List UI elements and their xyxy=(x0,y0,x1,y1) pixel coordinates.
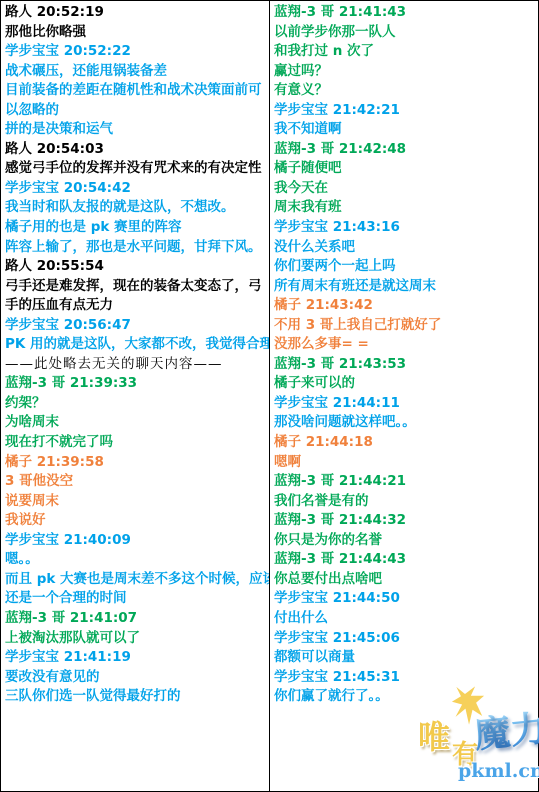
chat-line: 你们要两个一起上吗 xyxy=(274,257,538,277)
chat-line: 不用 3 哥上我自己打就好了 xyxy=(274,316,538,336)
chat-line: 学步宝宝 21:44:11 xyxy=(274,394,538,414)
chat-line: 还是一个合理的时间 xyxy=(5,589,269,609)
chat-line: 约架？ xyxy=(5,394,269,414)
chat-line: 而且 pk 大赛也是周末差不多这个时候，应该 xyxy=(5,570,269,590)
chat-line: 学步宝宝 21:43:16 xyxy=(274,218,538,238)
chat-line: 赢过吗？ xyxy=(274,62,538,82)
chat-line: 和我打过 n 次了 xyxy=(274,42,538,62)
chat-line: 阵容上输了，那也是水平问题，甘拜下风。 xyxy=(5,238,269,258)
chat-line: 蓝翔-3 哥 21:43:53 xyxy=(274,355,538,375)
chat-line: 以忽略的 xyxy=(5,101,269,121)
chat-line: 那他比你略强 xyxy=(5,23,269,43)
chat-line: 橘子 21:39:58 xyxy=(5,453,269,473)
chat-line: 战术碾压，还能甩锅装备差 xyxy=(5,62,269,82)
chat-line: 3 哥他没空 xyxy=(5,472,269,492)
chat-column-right: 蓝翔-3 哥 21:41:43以前学步你那一队人和我打过 n 次了赢过吗？有意义… xyxy=(270,1,538,791)
chat-line: 学步宝宝 20:56:47 xyxy=(5,316,269,336)
chat-column-left: 路人 20:52:19那他比你略强学步宝宝 20:52:22战术碾压，还能甩锅装… xyxy=(1,1,270,791)
chat-line: 路人 20:55:54 xyxy=(5,257,269,277)
chat-line: 手的压血有点无力 xyxy=(5,296,269,316)
chat-line: 现在打不就完了吗 xyxy=(5,433,269,453)
chat-line: 周末我有班 xyxy=(274,198,538,218)
chat-line: ——此处略去无关的聊天内容—— xyxy=(5,355,269,375)
chat-line: 学步宝宝 21:41:19 xyxy=(5,648,269,668)
chat-line: 学步宝宝 21:45:31 xyxy=(274,668,538,688)
chat-line: 以前学步你那一队人 xyxy=(274,23,538,43)
chat-line: 橘子用的也是 pk 赛里的阵容 xyxy=(5,218,269,238)
chat-line: 都额可以商量 xyxy=(274,648,538,668)
chat-line: 所有周末有班还是就这周末 xyxy=(274,277,538,297)
chat-line: 我说好 xyxy=(5,511,269,531)
chat-line: 说要周末 xyxy=(5,492,269,512)
chat-line: 拼的是决策和运气 xyxy=(5,120,269,140)
chat-line: 有意义？ xyxy=(274,81,538,101)
chat-line: 嗯。。 xyxy=(5,550,269,570)
chat-line: 我今天在 xyxy=(274,179,538,199)
chat-line: 蓝翔-3 哥 21:42:48 xyxy=(274,140,538,160)
chat-line: 橘子随便吧 xyxy=(274,159,538,179)
chat-line: 学步宝宝 20:52:22 xyxy=(5,42,269,62)
chat-line: 橘子 21:43:42 xyxy=(274,296,538,316)
chat-line: 我不知道啊 xyxy=(274,120,538,140)
chat-line: 学步宝宝 20:54:42 xyxy=(5,179,269,199)
chat-line: 学步宝宝 21:45:06 xyxy=(274,629,538,649)
chat-transcript-table: 路人 20:52:19那他比你略强学步宝宝 20:52:22战术碾压，还能甩锅装… xyxy=(0,0,539,792)
chat-line: 付出什么 xyxy=(274,609,538,629)
chat-line: 学步宝宝 21:44:50 xyxy=(274,589,538,609)
chat-line: 我当时和队友报的就是这队，不想改。 xyxy=(5,198,269,218)
chat-line: 嗯啊 xyxy=(274,453,538,473)
chat-line: 路人 20:52:19 xyxy=(5,3,269,23)
chat-line: 你只是为你的名誉 xyxy=(274,531,538,551)
chat-line: 蓝翔-3 哥 21:41:43 xyxy=(274,3,538,23)
chat-line: 你总要付出点啥吧 xyxy=(274,570,538,590)
chat-line: 没那么多事= = xyxy=(274,335,538,355)
chat-line: 学步宝宝 21:42:21 xyxy=(274,101,538,121)
chat-line: 蓝翔-3 哥 21:44:21 xyxy=(274,472,538,492)
chat-line: 蓝翔-3 哥 21:44:32 xyxy=(274,511,538,531)
chat-line: 橘子来可以的 xyxy=(274,374,538,394)
chat-line: 没什么关系吧 xyxy=(274,238,538,258)
chat-line: 蓝翔-3 哥 21:41:07 xyxy=(5,609,269,629)
chat-line: 目前装备的差距在随机性和战术决策面前可 xyxy=(5,81,269,101)
chat-line: PK 用的就是这队，大家都不改，我觉得合理 xyxy=(5,335,269,355)
chat-line: 感觉弓手位的发挥并没有咒术来的有决定性 xyxy=(5,159,269,179)
chat-line: 要改没有意见的 xyxy=(5,668,269,688)
chat-line: 我们名誉是有的 xyxy=(274,492,538,512)
chat-line: 那没啥问题就这样吧。。 xyxy=(274,413,538,433)
chat-line: 弓手还是难发挥，现在的装备太变态了，弓 xyxy=(5,277,269,297)
chat-line: 学步宝宝 21:40:09 xyxy=(5,531,269,551)
chat-line: 蓝翔-3 哥 21:39:33 xyxy=(5,374,269,394)
chat-line: 橘子 21:44:18 xyxy=(274,433,538,453)
chat-line: 蓝翔-3 哥 21:44:43 xyxy=(274,550,538,570)
chat-line: 路人 20:54:03 xyxy=(5,140,269,160)
chat-line: 为啥周末 xyxy=(5,413,269,433)
chat-line: 你们赢了就行了。。 xyxy=(274,687,538,707)
chat-line: 三队你们选一队觉得最好打的 xyxy=(5,687,269,707)
chat-line: 上被淘汰那队就可以了 xyxy=(5,629,269,649)
